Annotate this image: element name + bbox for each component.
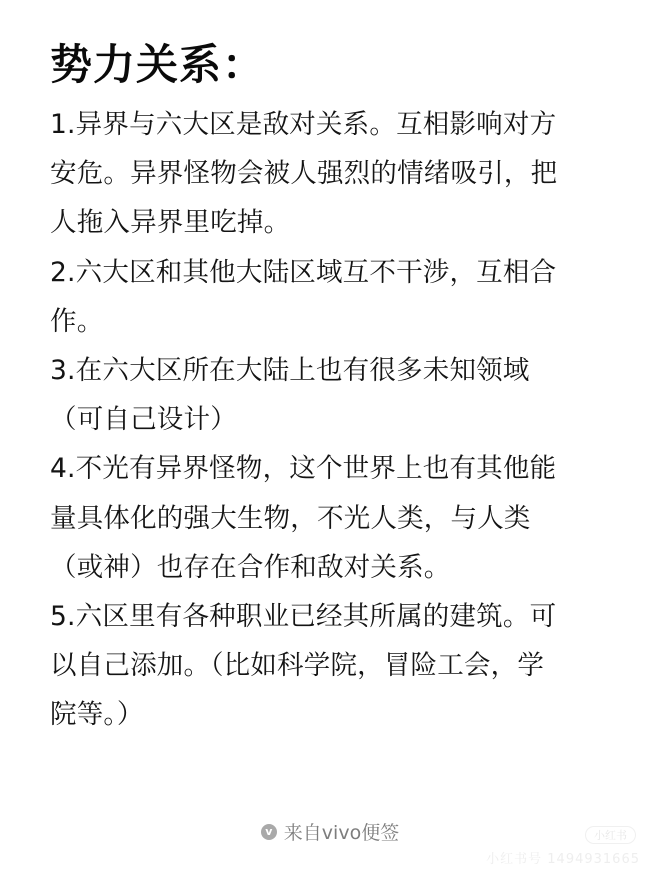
source-label: 来自vivo便签 bbox=[284, 818, 399, 845]
note-content: 势力关系： 1.异界与六大区是敌对关系。互相影响对方 安危。异界怪物会被人强烈的… bbox=[50, 36, 630, 739]
body-line: 4.不光有异界怪物，这个世界上也有其他能 bbox=[50, 444, 630, 493]
body-line: （可自己设计） bbox=[50, 395, 630, 444]
body-line: 3.在六大区所在大陆上也有很多未知领域 bbox=[50, 346, 630, 395]
body-line: 以自己添加。（比如科学院，冒险工会，学 bbox=[50, 641, 630, 690]
vivo-logo-icon: v bbox=[261, 824, 277, 840]
watermark-badge: 小红书 bbox=[585, 826, 636, 844]
note-body: 1.异界与六大区是敌对关系。互相影响对方 安危。异界怪物会被人强烈的情绪吸引，把… bbox=[50, 100, 630, 739]
body-line: 1.异界与六大区是敌对关系。互相影响对方 bbox=[50, 100, 630, 149]
body-line: 2.六大区和其他大陆区域互不干涉，互相合 bbox=[50, 248, 630, 297]
body-line: 5.六区里有各种职业已经其所属的建筑。可 bbox=[50, 592, 630, 641]
note-title: 势力关系： bbox=[50, 36, 630, 94]
body-line: （或神）也存在合作和敌对关系。 bbox=[50, 543, 630, 592]
body-line: 量具体化的强大生物，不光人类，与人类 bbox=[50, 494, 630, 543]
body-line: 作。 bbox=[50, 297, 630, 346]
watermark: 小红书 小红书号 1494931665 bbox=[486, 826, 640, 867]
body-line: 人拖入异界里吃掉。 bbox=[50, 198, 630, 247]
body-line: 院等。） bbox=[50, 690, 630, 739]
body-line: 安危。异界怪物会被人强烈的情绪吸引，把 bbox=[50, 149, 630, 198]
watermark-id: 小红书号 1494931665 bbox=[486, 848, 640, 867]
